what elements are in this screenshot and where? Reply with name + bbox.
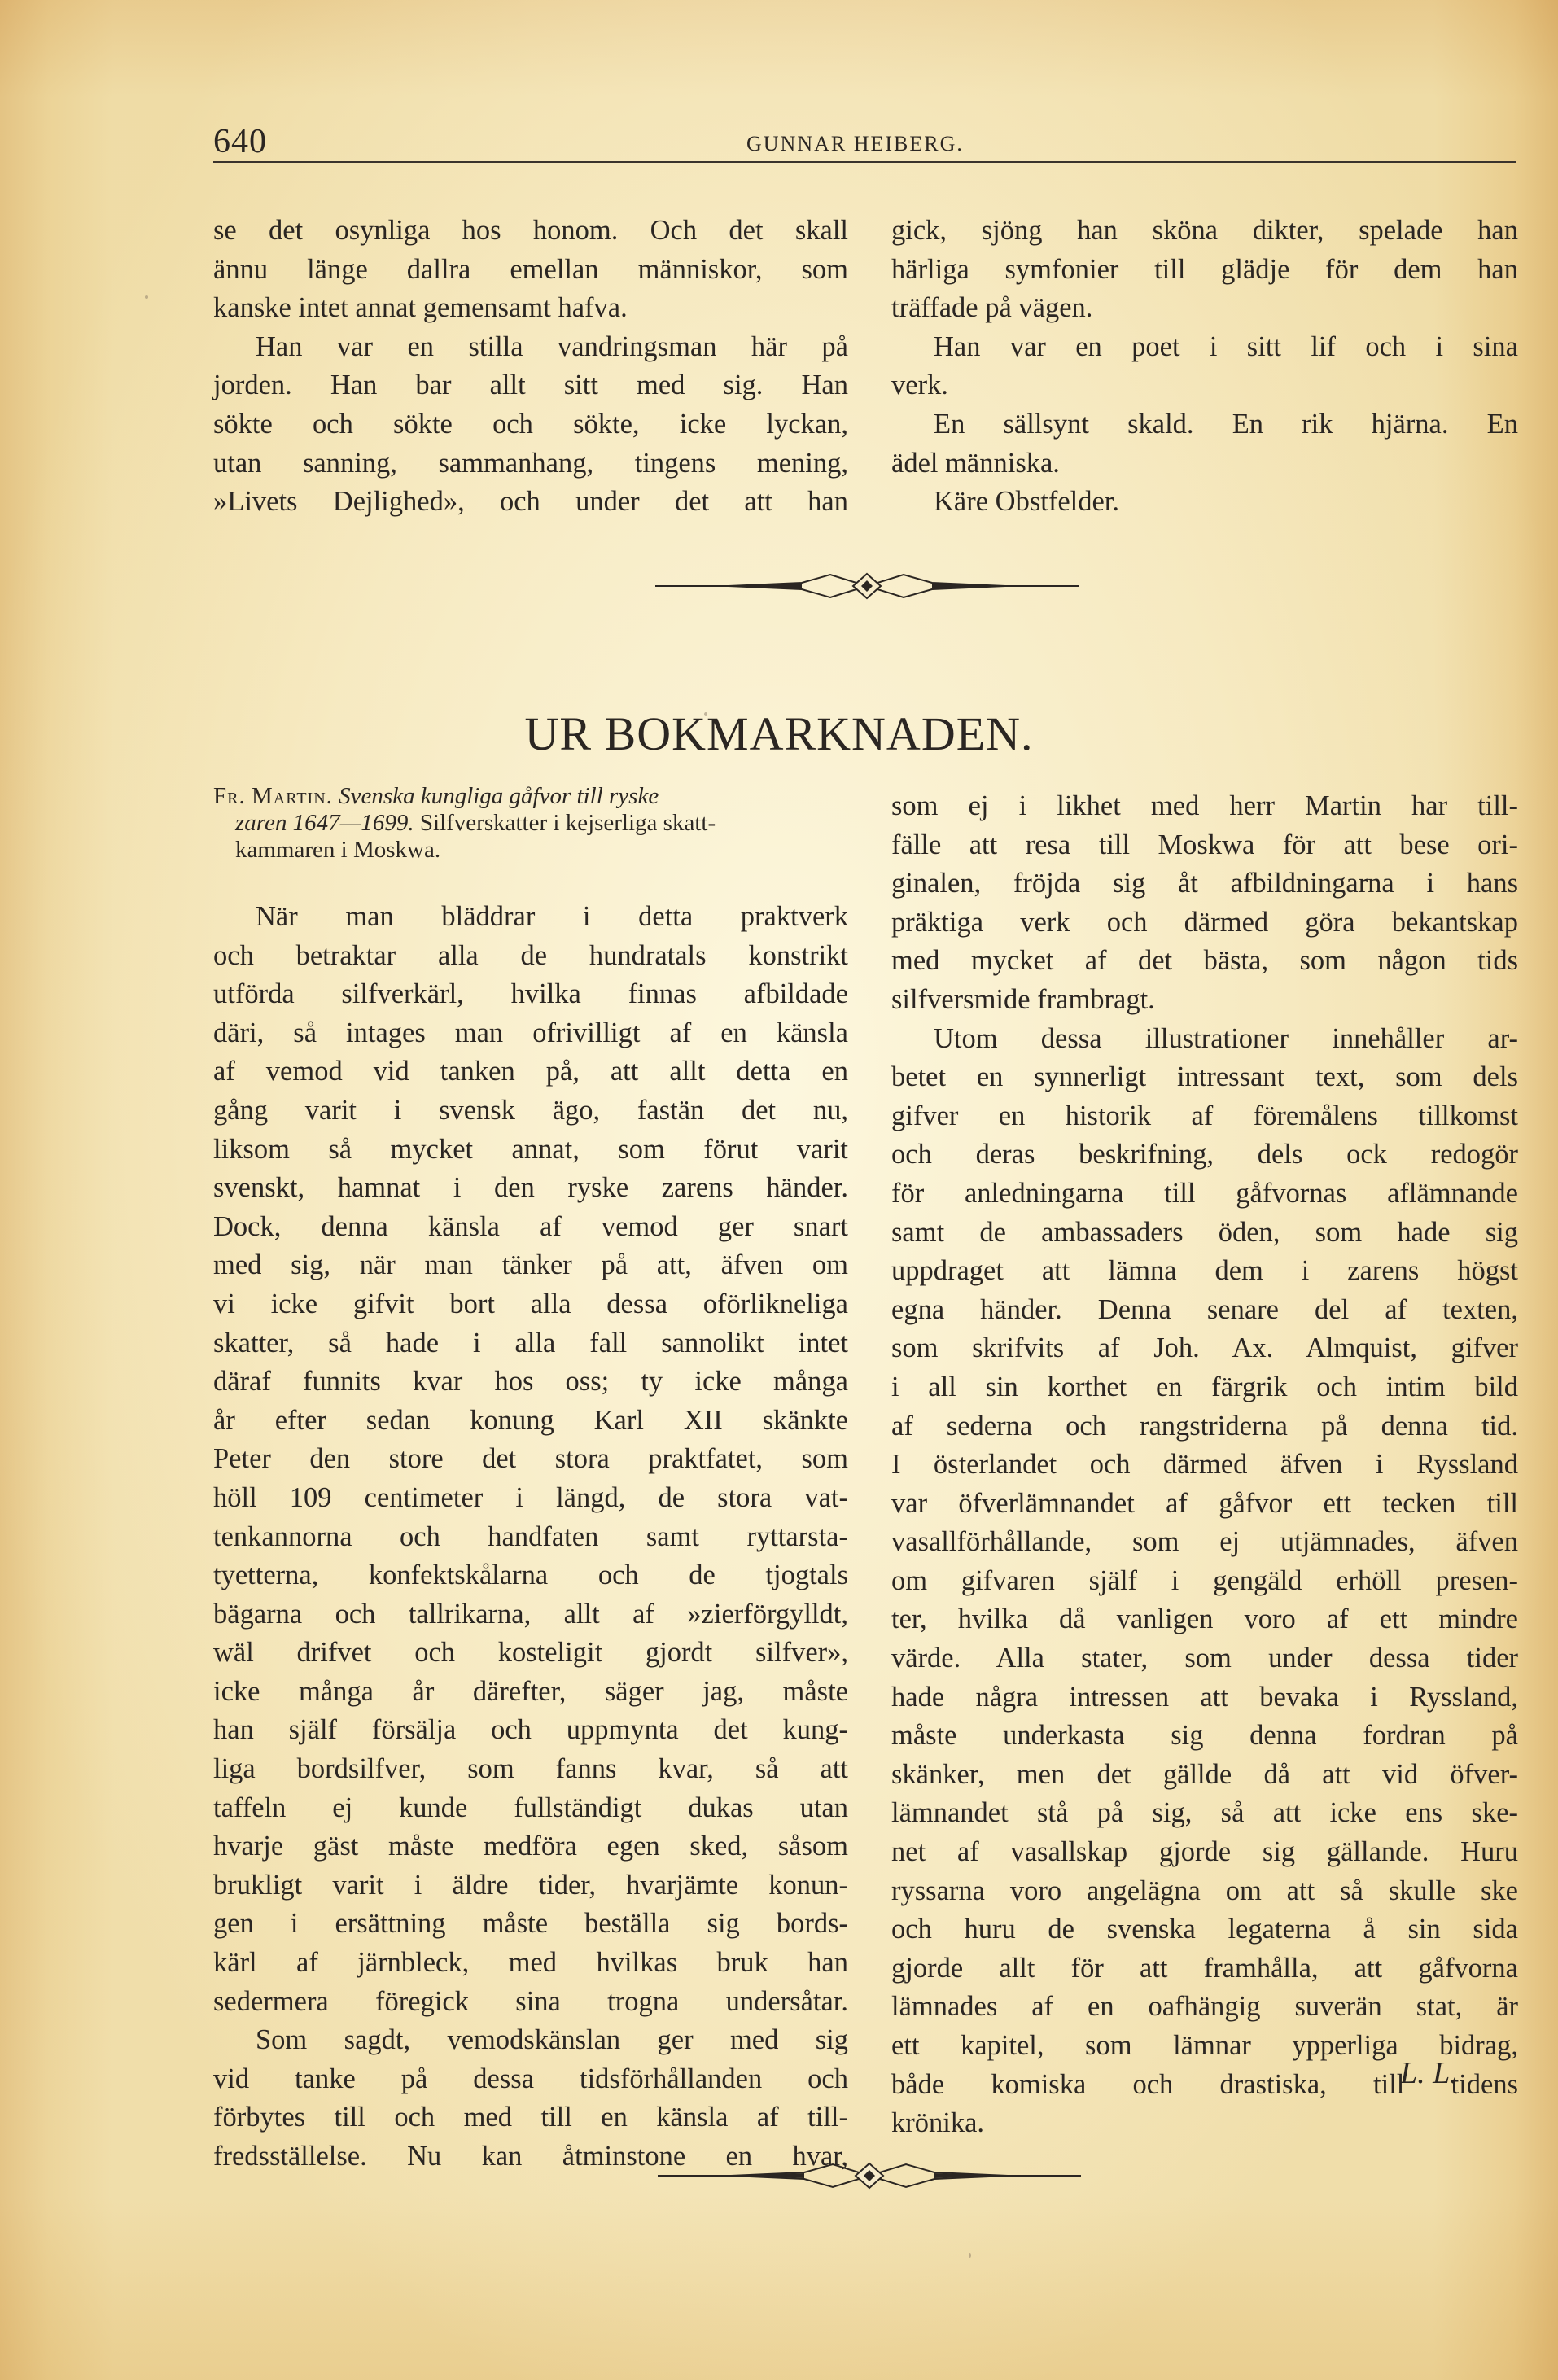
text-line: sedermera föregick sina trogna undersåta…	[213, 1983, 848, 2022]
text-line: i all sin korthet en färgrik och intim b…	[891, 1368, 1518, 1407]
section-heading: UR BOKMARKNADEN.	[0, 707, 1558, 761]
text-line: silfversmide frambragt.	[891, 981, 1518, 1020]
text-line: träffade på vägen.	[891, 289, 1518, 328]
text-line: »Livets Dejlighed», och under det att ha…	[213, 483, 848, 522]
text-line: däraf funnits kvar hos oss; ty icke mång…	[213, 1363, 848, 1402]
text-line: präktiga verk och därmed göra bekantskap	[891, 903, 1518, 943]
review-subtitle-cont: kammaren i Moskwa.	[213, 837, 848, 864]
text-line: värde. Alla stater, som under dessa tide…	[891, 1639, 1518, 1678]
review-subtitle: Silfverskatter i kejserliga skatt-	[420, 810, 716, 836]
signature: L. L.	[1400, 2055, 1458, 2091]
review-author-first: Fr.	[213, 783, 246, 809]
text-line: kärl af järnbleck, med hvilkas bruk han	[213, 1944, 848, 1983]
bottom-right-column: som ej i likhet med herr Martin har till…	[891, 787, 1518, 2143]
text-line: net af vasallskap gjorde sig gällande. H…	[891, 1833, 1518, 1872]
paper-speck	[969, 2253, 971, 2258]
text-line: vasallförhållande, som ej utjämnades, äf…	[891, 1523, 1518, 1562]
text-line: gick, sjöng han sköna dikter, spelade ha…	[891, 212, 1518, 251]
text-line: och huru de svenska legaterna å sin sida	[891, 1910, 1518, 1949]
text-line: tyetterna, konfektskålarna och de tjogta…	[213, 1556, 848, 1595]
text-line: med sig, när man tänker på att, äfven om	[213, 1246, 848, 1285]
text-line: skänker, men det gällde då att vid öfver…	[891, 1756, 1518, 1795]
text-line: och deras beskrifning, dels ock redogör	[891, 1135, 1518, 1175]
text-line: Som sagdt, vemodskänslan ger med sig	[213, 2021, 848, 2060]
review-citation: Fr. Martin. Svenska kungliga gåfvor till…	[213, 783, 848, 864]
review-author-last: Martin.	[252, 783, 333, 809]
page-header: 640 GUNNAR HEIBERG.	[213, 122, 1516, 155]
text-line: utan sanning, sammanhang, tingens mening…	[213, 444, 848, 483]
text-line: ginalen, fröjda sig åt afbildningarna i …	[891, 864, 1518, 903]
text-line: liksom så mycket annat, som förut varit	[213, 1131, 848, 1170]
text-line: som ej i likhet med herr Martin har till…	[891, 787, 1518, 826]
text-line: däri, så intages man ofrivilligt af en k…	[213, 1014, 848, 1053]
text-line: lämnades af en oafhängig suverän stat, ä…	[891, 1988, 1518, 2027]
text-line: år efter sedan konung Karl XII skänkte	[213, 1402, 848, 1441]
text-line: vid tanke på dessa tidsförhållanden och	[213, 2060, 848, 2099]
text-line: om gifvaren själf i gengäld erhöll prese…	[891, 1562, 1518, 1601]
text-line: Han var en poet i sitt lif och i sina	[891, 328, 1518, 367]
top-left-column: se det osynliga hos honom. Och det skall…	[213, 212, 848, 522]
text-line: brukligt varit i äldre tider, hvarjämte …	[213, 1866, 848, 1905]
text-line: taffeln ej kunde fullständigt dukas utan	[213, 1789, 848, 1828]
text-line: var öfverlämnandet af gåfvor ett tecken …	[891, 1485, 1518, 1524]
text-line: Käre Obstfelder.	[891, 483, 1518, 522]
text-line: härliga symfonier till glädje för dem ha…	[891, 251, 1518, 290]
header-rule	[213, 161, 1516, 163]
text-line: utförda silfverkärl, hvilka finnas afbil…	[213, 975, 848, 1014]
review-title: Svenska kungliga gåfvor till ryske	[339, 783, 659, 809]
text-line: se det osynliga hos honom. Och det skall	[213, 212, 848, 251]
text-line: ädel människa.	[891, 444, 1518, 483]
text-line: måste underkasta sig denna fordran på	[891, 1717, 1518, 1756]
text-line: gen i ersättning måste beställa sig bord…	[213, 1905, 848, 1944]
text-line: jorden. Han bar allt sitt med sig. Han	[213, 366, 848, 405]
text-line: med mycket af det bästa, som någon tids	[891, 942, 1518, 981]
text-line: liga bordsilfver, som fanns kvar, så att	[213, 1750, 848, 1789]
text-line: tenkannorna och handfaten samt ryttarsta…	[213, 1518, 848, 1557]
text-line: När man bläddrar i detta praktverk	[213, 898, 848, 937]
text-line: samt de ambassaders öden, som hade sig	[891, 1214, 1518, 1253]
text-line: kanske intet annat gemensamt hafva.	[213, 289, 848, 328]
text-line: för anledningarna till gåfvornas aflämna…	[891, 1175, 1518, 1214]
text-line: verk.	[891, 366, 1518, 405]
text-line: af vemod vid tanken på, att allt detta e…	[213, 1052, 848, 1092]
text-line: hade några intressen att bevaka i Ryssla…	[891, 1678, 1518, 1717]
text-line: betet en synnerligt intressant text, som…	[891, 1058, 1518, 1097]
text-line: ter, hvilka då vanligen voro af ett mind…	[891, 1600, 1518, 1639]
text-line: fälle att resa till Moskwa för att bese …	[891, 826, 1518, 865]
text-line: och betraktar alla de hundratals konstri…	[213, 937, 848, 976]
text-line: som skrifvits af Joh. Ax. Almquist, gifv…	[891, 1329, 1518, 1368]
text-line: bägarna och tallrikarna, allt af »zierfö…	[213, 1595, 848, 1634]
text-line: förbytes till och med till en känsla af …	[213, 2098, 848, 2137]
text-line: svenskt, hamnat i den ryske zarens hände…	[213, 1169, 848, 1208]
text-line: höll 109 centimeter i längd, de stora va…	[213, 1479, 848, 1518]
text-line: gifver en historik af föremålens tillkom…	[891, 1097, 1518, 1136]
text-line: Han var en stilla vandringsman här på	[213, 328, 848, 367]
review-title-cont: zaren 1647—1699.	[235, 810, 414, 836]
text-line: gjorde allt för att framhålla, att gåfvo…	[891, 1949, 1518, 1988]
text-line: I österlandet och därmed äfven i Rysslan…	[891, 1446, 1518, 1485]
text-line: Peter den store det stora praktfatet, so…	[213, 1440, 848, 1479]
text-line: gång varit i svensk ägo, fastän det nu,	[213, 1092, 848, 1131]
text-line: hvarje gäst måste medföra egen sked, sås…	[213, 1827, 848, 1866]
text-line: En sällsynt skald. En rik hjärna. En	[891, 405, 1518, 444]
text-line: uppdraget att lämna dem i zarens högst	[891, 1252, 1518, 1291]
text-line: Utom dessa illustrationer innehåller ar-	[891, 1020, 1518, 1059]
text-line: egna händer. Denna senare del af texten,	[891, 1291, 1518, 1330]
text-line: skatter, så hade i alla fall sannolikt i…	[213, 1324, 848, 1363]
flourish-divider-icon	[655, 570, 1079, 602]
text-line: Dock, denna känsla af vemod ger snart	[213, 1208, 848, 1247]
page-number: 640	[213, 122, 267, 161]
paper-speck	[704, 712, 707, 716]
text-line: vi icke gifvit bort alla dessa oförlikne…	[213, 1285, 848, 1324]
text-line: krönika.	[891, 2104, 1518, 2143]
bottom-left-column: När man bläddrar i detta praktverk och b…	[213, 898, 848, 2177]
text-line: sökte och sökte och sökte, icke lyckan,	[213, 405, 848, 444]
flourish-divider-icon	[658, 2159, 1081, 2192]
text-line: lämnandet stå på sig, så att icke ens sk…	[891, 1794, 1518, 1833]
paper-speck	[145, 295, 148, 299]
text-line: icke många år därefter, säger jag, måste	[213, 1673, 848, 1712]
text-line: ryssarna voro angelägna om att så skulle…	[891, 1872, 1518, 1911]
text-line: han själf försälja och uppmynta det kung…	[213, 1711, 848, 1750]
text-line: af sederna och rangstriderna på denna ti…	[891, 1407, 1518, 1446]
text-line: wäl drifvet och kosteligit gjordt silfve…	[213, 1634, 848, 1673]
top-right-column: gick, sjöng han sköna dikter, spelade ha…	[891, 212, 1518, 522]
running-title: GUNNAR HEIBERG.	[746, 132, 964, 156]
text-line: ännu länge dallra emellan människor, som	[213, 251, 848, 290]
